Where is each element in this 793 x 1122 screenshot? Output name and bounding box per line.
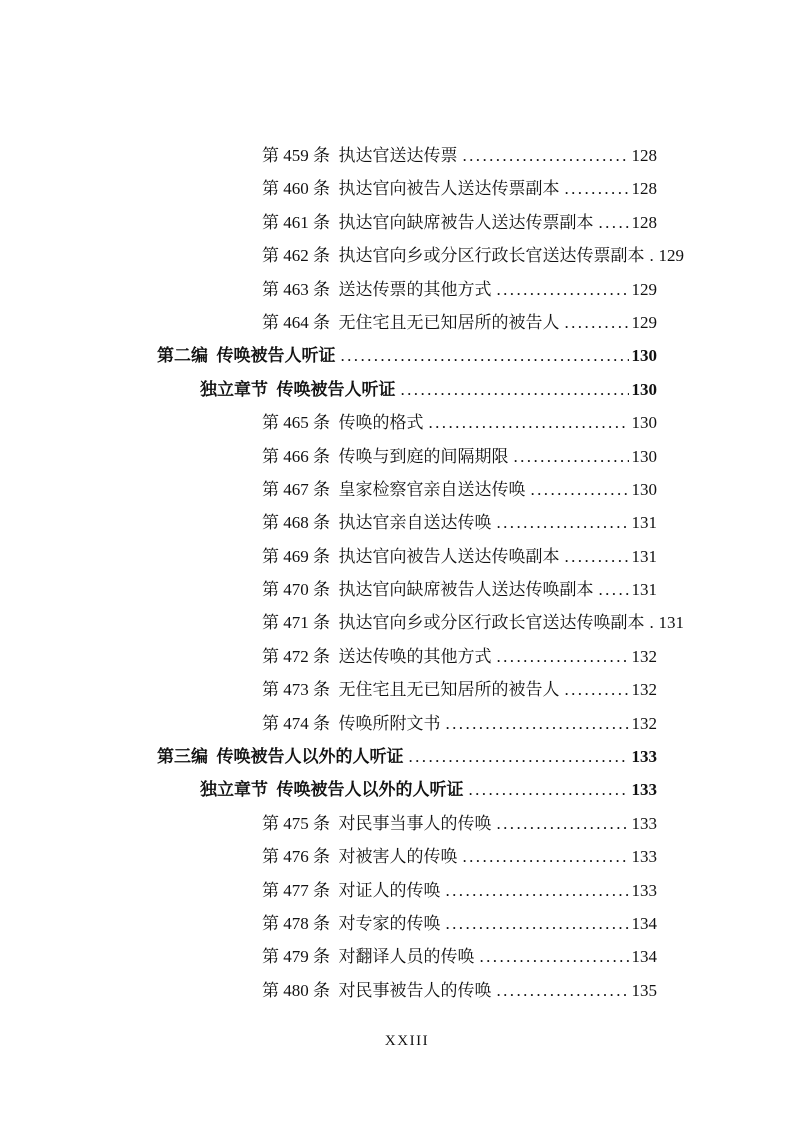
toc-entry-page-number: 135 <box>632 974 658 1007</box>
toc-leader-dots <box>446 874 629 907</box>
toc-leader-dots <box>446 707 629 740</box>
toc-entry-label: 第 461 条 执达官向缺席被告人送达传票副本 <box>262 206 594 239</box>
toc-entry-page-number: 133 <box>632 874 658 907</box>
toc-entry-label: 第三编 传唤被告人以外的人听证 <box>157 740 404 773</box>
toc-entry-page-number: 132 <box>632 707 658 740</box>
toc-entry-label: 第 464 条 无住宅且无已知居所的被告人 <box>262 306 560 339</box>
toc-entry-page-number: 132 <box>632 673 658 706</box>
toc-entry-page-number: 131 <box>659 606 685 639</box>
toc-entry[interactable]: 第 459 条 执达官送达传票 128 <box>157 139 657 172</box>
toc-leader-dots <box>599 573 629 606</box>
toc-entry[interactable]: 第 480 条 对民事被告人的传唤 135 <box>157 974 657 1007</box>
toc-entry-label: 第 480 条 对民事被告人的传唤 <box>262 974 492 1007</box>
toc-entry-page-number: 130 <box>632 440 658 473</box>
toc-leader-dots <box>599 206 629 239</box>
toc-entry-label: 第 466 条 传唤与到庭的间隔期限 <box>262 440 509 473</box>
toc-entry[interactable]: 独立章节 传唤被告人听证 130 <box>157 373 657 406</box>
toc-entry-label: 第 475 条 对民事当事人的传唤 <box>262 807 492 840</box>
toc-leader-dots <box>497 807 629 840</box>
toc-leader-dots <box>469 773 629 806</box>
toc-entry-label: 第 460 条 执达官向被告人送达传票副本 <box>262 172 560 205</box>
toc-entry-page-number: 130 <box>632 339 658 372</box>
toc-entry-label: 第 478 条 对专家的传唤 <box>262 907 441 940</box>
toc-entry-label: 独立章节 传唤被告人听证 <box>200 373 396 406</box>
toc-entry-label: 第 471 条 执达官向乡或分区行政长官送达传唤副本 <box>262 606 645 639</box>
toc-leader-dots <box>480 940 629 973</box>
toc-entry[interactable]: 第 467 条 皇家检察官亲自送达传唤 130 <box>157 473 657 506</box>
toc-leader-dots <box>497 974 629 1007</box>
toc-entry-label: 第 470 条 执达官向缺席被告人送达传唤副本 <box>262 573 594 606</box>
toc-entry[interactable]: 第 476 条 对被害人的传唤 133 <box>157 840 657 873</box>
toc-leader-dots <box>341 339 629 372</box>
toc-leader-dots <box>497 506 629 539</box>
toc-entry[interactable]: 第 460 条 执达官向被告人送达传票副本 128 <box>157 172 657 205</box>
toc-entry[interactable]: 第 468 条 执达官亲自送达传唤 131 <box>157 506 657 539</box>
toc-entry-label: 第 462 条 执达官向乡或分区行政长官送达传票副本 <box>262 239 645 272</box>
toc-entry-page-number: 128 <box>632 206 658 239</box>
toc-entry-page-number: 129 <box>659 239 685 272</box>
toc-entry-page-number: 131 <box>632 573 658 606</box>
toc-entry[interactable]: 第 473 条 无住宅且无已知居所的被告人 132 <box>157 673 657 706</box>
toc-entry-label: 第 459 条 执达官送达传票 <box>262 139 458 172</box>
toc-entry-label: 第 463 条 送达传票的其他方式 <box>262 273 492 306</box>
toc-entry-label: 第 477 条 对证人的传唤 <box>262 874 441 907</box>
toc-entry-label: 第 467 条 皇家检察官亲自送达传唤 <box>262 473 526 506</box>
page-footer: XXIII <box>157 1033 657 1050</box>
toc-leader-dots <box>401 373 629 406</box>
toc-entry[interactable]: 第 462 条 执达官向乡或分区行政长官送达传票副本 129 <box>157 239 657 272</box>
toc-entry-page-number: 128 <box>632 172 658 205</box>
footer-page-number: XXIII <box>385 1033 429 1049</box>
toc-leader-dots <box>446 907 629 940</box>
toc-entry-page-number: 130 <box>632 373 658 406</box>
toc-entry[interactable]: 第 461 条 执达官向缺席被告人送达传票副本 128 <box>157 206 657 239</box>
toc-entry-page-number: 129 <box>632 306 658 339</box>
toc-leader-dots <box>565 673 629 706</box>
toc-entry-label: 第 469 条 执达官向被告人送达传唤副本 <box>262 540 560 573</box>
document-page: 第 459 条 执达官送达传票 128 第 460 条 执达官向被告人送达传票副… <box>0 0 793 1122</box>
toc-leader-dots <box>565 540 629 573</box>
toc-leader-dots <box>463 840 629 873</box>
table-of-contents: 第 459 条 执达官送达传票 128 第 460 条 执达官向被告人送达传票副… <box>157 139 657 1007</box>
toc-entry[interactable]: 第 477 条 对证人的传唤 133 <box>157 874 657 907</box>
toc-entry[interactable]: 第二编 传唤被告人听证 130 <box>157 339 657 372</box>
toc-entry-page-number: 129 <box>632 273 658 306</box>
toc-entry-page-number: 132 <box>632 640 658 673</box>
toc-leader-dots <box>514 440 629 473</box>
toc-entry[interactable]: 第 463 条 送达传票的其他方式 129 <box>157 273 657 306</box>
toc-entry-label: 第 474 条 传唤所附文书 <box>262 707 441 740</box>
toc-entry-page-number: 134 <box>632 907 658 940</box>
toc-entry[interactable]: 第 469 条 执达官向被告人送达传唤副本 131 <box>157 540 657 573</box>
toc-entry[interactable]: 第 470 条 执达官向缺席被告人送达传唤副本 131 <box>157 573 657 606</box>
toc-entry-label: 第 468 条 执达官亲自送达传唤 <box>262 506 492 539</box>
toc-entry[interactable]: 第 471 条 执达官向乡或分区行政长官送达传唤副本 131 <box>157 606 657 639</box>
toc-leader-dots <box>565 306 629 339</box>
toc-entry-label: 独立章节 传唤被告人以外的人听证 <box>200 773 464 806</box>
toc-entry-label: 第 472 条 送达传唤的其他方式 <box>262 640 492 673</box>
toc-entry[interactable]: 第 472 条 送达传唤的其他方式 132 <box>157 640 657 673</box>
toc-entry-page-number: 133 <box>632 840 658 873</box>
toc-entry-page-number: 133 <box>632 773 658 806</box>
toc-entry[interactable]: 第三编 传唤被告人以外的人听证 133 <box>157 740 657 773</box>
toc-leader-dots <box>650 606 656 639</box>
toc-entry-page-number: 130 <box>632 406 658 439</box>
toc-entry-page-number: 131 <box>632 506 658 539</box>
toc-leader-dots <box>429 406 629 439</box>
toc-entry[interactable]: 第 465 条 传唤的格式 130 <box>157 406 657 439</box>
toc-entry-page-number: 134 <box>632 940 658 973</box>
toc-leader-dots <box>497 273 629 306</box>
toc-leader-dots <box>463 139 629 172</box>
toc-leader-dots <box>650 239 656 272</box>
toc-leader-dots <box>409 740 629 773</box>
toc-leader-dots <box>531 473 629 506</box>
toc-leader-dots <box>497 640 629 673</box>
toc-entry-label: 第二编 传唤被告人听证 <box>157 339 336 372</box>
toc-entry-page-number: 133 <box>632 740 658 773</box>
toc-entry[interactable]: 第 474 条 传唤所附文书 132 <box>157 707 657 740</box>
toc-entry[interactable]: 第 478 条 对专家的传唤 134 <box>157 907 657 940</box>
toc-entry-label: 第 473 条 无住宅且无已知居所的被告人 <box>262 673 560 706</box>
toc-entry-page-number: 130 <box>632 473 658 506</box>
toc-leader-dots <box>565 172 629 205</box>
toc-entry-page-number: 131 <box>632 540 658 573</box>
toc-entry[interactable]: 第 466 条 传唤与到庭的间隔期限 130 <box>157 440 657 473</box>
toc-entry-label: 第 465 条 传唤的格式 <box>262 406 424 439</box>
toc-entry[interactable]: 第 475 条 对民事当事人的传唤 133 <box>157 807 657 840</box>
toc-entry-label: 第 476 条 对被害人的传唤 <box>262 840 458 873</box>
toc-entry[interactable]: 独立章节 传唤被告人以外的人听证 133 <box>157 773 657 806</box>
toc-entry[interactable]: 第 479 条 对翻译人员的传唤 134 <box>157 940 657 973</box>
toc-entry-label: 第 479 条 对翻译人员的传唤 <box>262 940 475 973</box>
toc-entry-page-number: 128 <box>632 139 658 172</box>
toc-entry[interactable]: 第 464 条 无住宅且无已知居所的被告人 129 <box>157 306 657 339</box>
toc-entry-page-number: 133 <box>632 807 658 840</box>
